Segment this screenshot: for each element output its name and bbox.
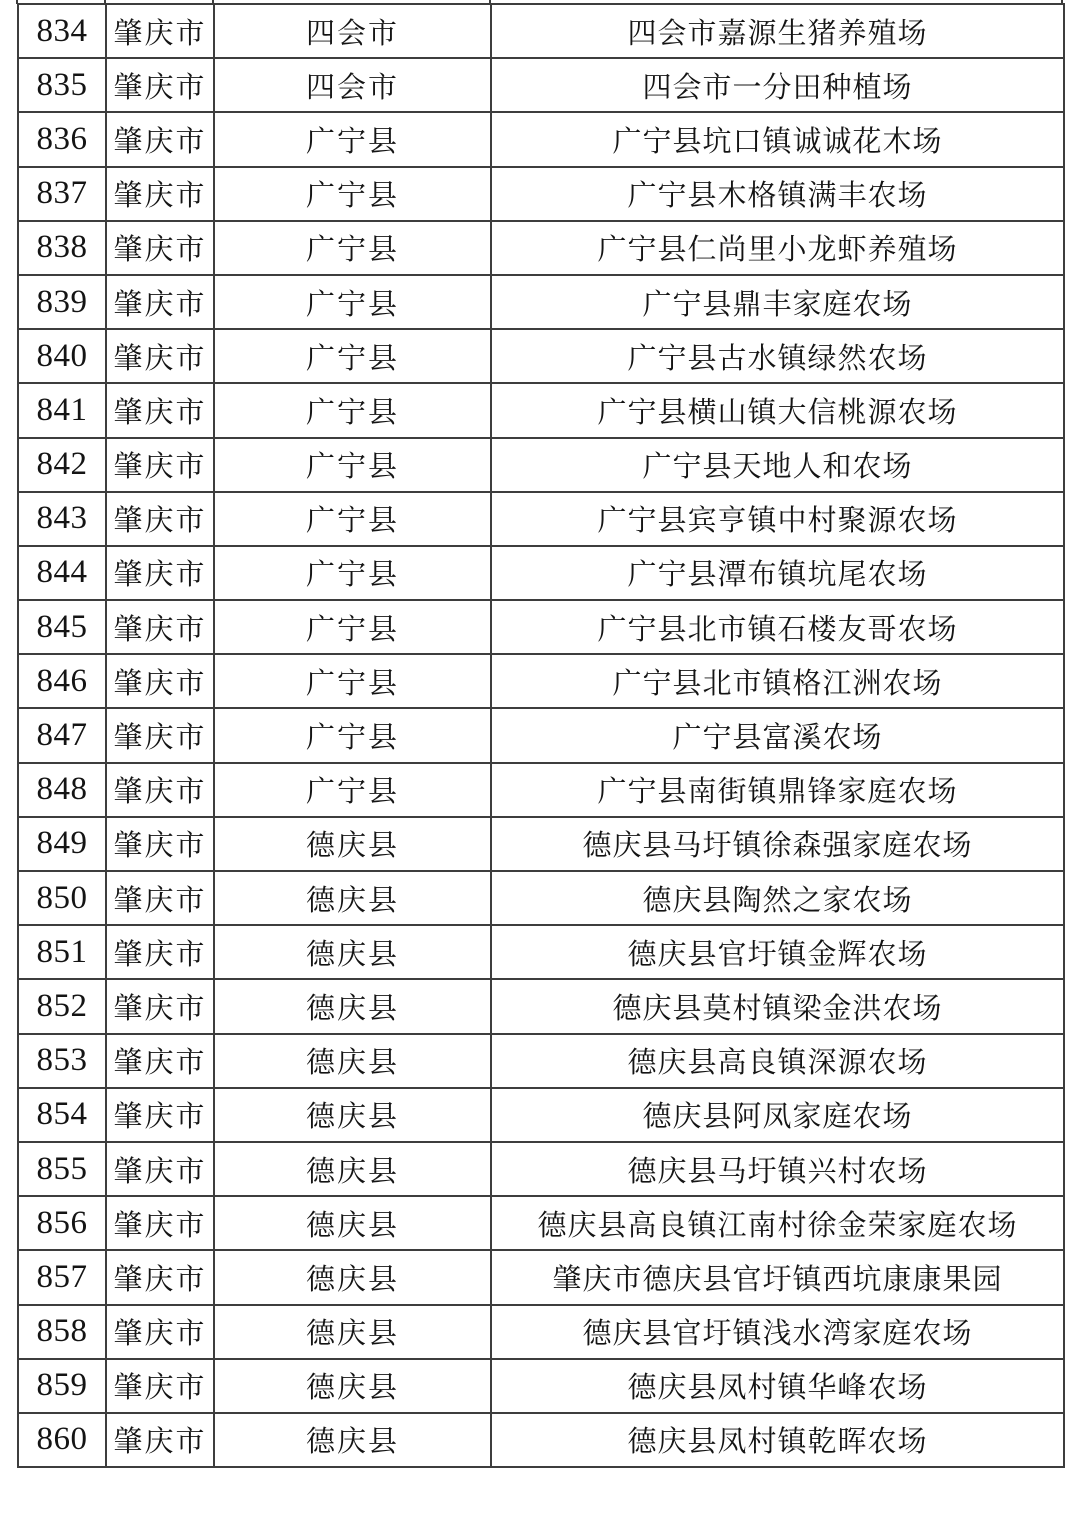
city-cell: 肇庆市 bbox=[106, 1305, 214, 1359]
city-cell: 肇庆市 bbox=[106, 221, 214, 275]
table-row: 847 肇庆市 广宁县 广宁县富溪农场 bbox=[18, 708, 1064, 762]
city-cell: 肇庆市 bbox=[106, 1250, 214, 1304]
row-number-cell: 842 bbox=[18, 438, 106, 492]
table-row: 853 肇庆市 德庆县 德庆县高良镇深源农场 bbox=[18, 1034, 1064, 1088]
row-number-cell: 834 bbox=[18, 4, 106, 58]
county-cell: 四会市 bbox=[214, 4, 491, 58]
county-cell: 广宁县 bbox=[214, 708, 491, 762]
farm-name-cell: 广宁县仁尚里小龙虾养殖场 bbox=[491, 221, 1064, 275]
city-cell: 肇庆市 bbox=[106, 275, 214, 329]
farm-name-cell: 德庆县凤村镇乾晖农场 bbox=[491, 1413, 1064, 1467]
county-cell: 广宁县 bbox=[214, 763, 491, 817]
city-cell: 肇庆市 bbox=[106, 600, 214, 654]
table-row: 849 肇庆市 德庆县 德庆县马圩镇徐森强家庭农场 bbox=[18, 817, 1064, 871]
county-cell: 广宁县 bbox=[214, 654, 491, 708]
farm-name-cell: 广宁县横山镇大信桃源农场 bbox=[491, 383, 1064, 437]
city-cell: 肇庆市 bbox=[106, 383, 214, 437]
farm-name-cell: 广宁县宾亨镇中村聚源农场 bbox=[491, 492, 1064, 546]
farm-name-cell: 德庆县阿凤家庭农场 bbox=[491, 1088, 1064, 1142]
row-number-cell: 840 bbox=[18, 329, 106, 383]
row-number-cell: 837 bbox=[18, 167, 106, 221]
table-row: 846 肇庆市 广宁县 广宁县北市镇格江洲农场 bbox=[18, 654, 1064, 708]
table-row: 854 肇庆市 德庆县 德庆县阿凤家庭农场 bbox=[18, 1088, 1064, 1142]
farm-name-cell: 德庆县马圩镇徐森强家庭农场 bbox=[491, 817, 1064, 871]
row-number-cell: 846 bbox=[18, 654, 106, 708]
city-cell: 肇庆市 bbox=[106, 1413, 214, 1467]
county-cell: 德庆县 bbox=[214, 979, 491, 1033]
city-cell: 肇庆市 bbox=[106, 1359, 214, 1413]
table-row: 858 肇庆市 德庆县 德庆县官圩镇浅水湾家庭农场 bbox=[18, 1305, 1064, 1359]
row-number-cell: 845 bbox=[18, 600, 106, 654]
county-cell: 德庆县 bbox=[214, 1359, 491, 1413]
county-cell: 广宁县 bbox=[214, 383, 491, 437]
table-row: 842 肇庆市 广宁县 广宁县天地人和农场 bbox=[18, 438, 1064, 492]
farm-name-cell: 德庆县马圩镇兴村农场 bbox=[491, 1142, 1064, 1196]
row-number-cell: 838 bbox=[18, 221, 106, 275]
row-number-cell: 855 bbox=[18, 1142, 106, 1196]
county-cell: 广宁县 bbox=[214, 112, 491, 166]
county-cell: 德庆县 bbox=[214, 1088, 491, 1142]
city-cell: 肇庆市 bbox=[106, 329, 214, 383]
row-number-cell: 860 bbox=[18, 1413, 106, 1467]
farm-name-cell: 四会市嘉源生猪养殖场 bbox=[491, 4, 1064, 58]
table-row: 855 肇庆市 德庆县 德庆县马圩镇兴村农场 bbox=[18, 1142, 1064, 1196]
row-number-cell: 843 bbox=[18, 492, 106, 546]
county-cell: 德庆县 bbox=[214, 1305, 491, 1359]
table-row: 844 肇庆市 广宁县 广宁县潭布镇坑尾农场 bbox=[18, 546, 1064, 600]
city-cell: 肇庆市 bbox=[106, 871, 214, 925]
row-number-cell: 851 bbox=[18, 925, 106, 979]
table-row: 835 肇庆市 四会市 四会市一分田种植场 bbox=[18, 58, 1064, 112]
county-cell: 德庆县 bbox=[214, 1413, 491, 1467]
table-row: 838 肇庆市 广宁县 广宁县仁尚里小龙虾养殖场 bbox=[18, 221, 1064, 275]
city-cell: 肇庆市 bbox=[106, 1196, 214, 1250]
table-row: 839 肇庆市 广宁县 广宁县鼎丰家庭农场 bbox=[18, 275, 1064, 329]
table-row: 848 肇庆市 广宁县 广宁县南街镇鼎锋家庭农场 bbox=[18, 763, 1064, 817]
city-cell: 肇庆市 bbox=[106, 1142, 214, 1196]
city-cell: 肇庆市 bbox=[106, 654, 214, 708]
county-cell: 德庆县 bbox=[214, 1142, 491, 1196]
farm-name-cell: 德庆县高良镇深源农场 bbox=[491, 1034, 1064, 1088]
farm-name-cell: 广宁县富溪农场 bbox=[491, 708, 1064, 762]
city-cell: 肇庆市 bbox=[106, 1034, 214, 1088]
row-number-cell: 850 bbox=[18, 871, 106, 925]
farm-name-cell: 广宁县鼎丰家庭农场 bbox=[491, 275, 1064, 329]
county-cell: 德庆县 bbox=[214, 817, 491, 871]
city-cell: 肇庆市 bbox=[106, 817, 214, 871]
row-number-cell: 849 bbox=[18, 817, 106, 871]
farm-table-body: 834 肇庆市 四会市 四会市嘉源生猪养殖场 835 肇庆市 四会市 四会市一分… bbox=[18, 4, 1064, 1467]
county-cell: 广宁县 bbox=[214, 221, 491, 275]
row-number-cell: 839 bbox=[18, 275, 106, 329]
row-number-cell: 858 bbox=[18, 1305, 106, 1359]
table-row: 834 肇庆市 四会市 四会市嘉源生猪养殖场 bbox=[18, 4, 1064, 58]
county-cell: 广宁县 bbox=[214, 275, 491, 329]
row-number-cell: 848 bbox=[18, 763, 106, 817]
row-number-cell: 835 bbox=[18, 58, 106, 112]
city-cell: 肇庆市 bbox=[106, 4, 214, 58]
row-number-cell: 854 bbox=[18, 1088, 106, 1142]
farm-name-cell: 德庆县官圩镇金辉农场 bbox=[491, 925, 1064, 979]
county-cell: 德庆县 bbox=[214, 1196, 491, 1250]
farm-name-cell: 广宁县天地人和农场 bbox=[491, 438, 1064, 492]
farm-name-cell: 广宁县北市镇石楼友哥农场 bbox=[491, 600, 1064, 654]
row-number-cell: 859 bbox=[18, 1359, 106, 1413]
farm-name-cell: 德庆县陶然之家农场 bbox=[491, 871, 1064, 925]
table-row: 856 肇庆市 德庆县 德庆县高良镇江南村徐金荣家庭农场 bbox=[18, 1196, 1064, 1250]
table-row: 837 肇庆市 广宁县 广宁县木格镇满丰农场 bbox=[18, 167, 1064, 221]
city-cell: 肇庆市 bbox=[106, 763, 214, 817]
row-number-cell: 841 bbox=[18, 383, 106, 437]
farm-list-table: 834 肇庆市 四会市 四会市嘉源生猪养殖场 835 肇庆市 四会市 四会市一分… bbox=[17, 3, 1065, 1468]
city-cell: 肇庆市 bbox=[106, 492, 214, 546]
city-cell: 肇庆市 bbox=[106, 708, 214, 762]
row-number-cell: 847 bbox=[18, 708, 106, 762]
table-row: 843 肇庆市 广宁县 广宁县宾亨镇中村聚源农场 bbox=[18, 492, 1064, 546]
farm-name-cell: 广宁县古水镇绿然农场 bbox=[491, 329, 1064, 383]
table-row: 836 肇庆市 广宁县 广宁县坑口镇诚诚花木场 bbox=[18, 112, 1064, 166]
city-cell: 肇庆市 bbox=[106, 546, 214, 600]
table-row: 860 肇庆市 德庆县 德庆县凤村镇乾晖农场 bbox=[18, 1413, 1064, 1467]
table-row: 840 肇庆市 广宁县 广宁县古水镇绿然农场 bbox=[18, 329, 1064, 383]
farm-name-cell: 德庆县凤村镇华峰农场 bbox=[491, 1359, 1064, 1413]
county-cell: 广宁县 bbox=[214, 492, 491, 546]
farm-name-cell: 广宁县坑口镇诚诚花木场 bbox=[491, 112, 1064, 166]
county-cell: 德庆县 bbox=[214, 925, 491, 979]
row-number-cell: 856 bbox=[18, 1196, 106, 1250]
row-number-cell: 853 bbox=[18, 1034, 106, 1088]
city-cell: 肇庆市 bbox=[106, 58, 214, 112]
county-cell: 广宁县 bbox=[214, 546, 491, 600]
table-row: 845 肇庆市 广宁县 广宁县北市镇石楼友哥农场 bbox=[18, 600, 1064, 654]
farm-name-cell: 肇庆市德庆县官圩镇西坑康康果园 bbox=[491, 1250, 1064, 1304]
farm-name-cell: 德庆县高良镇江南村徐金荣家庭农场 bbox=[491, 1196, 1064, 1250]
county-cell: 德庆县 bbox=[214, 1034, 491, 1088]
county-cell: 德庆县 bbox=[214, 871, 491, 925]
table-row: 841 肇庆市 广宁县 广宁县横山镇大信桃源农场 bbox=[18, 383, 1064, 437]
county-cell: 广宁县 bbox=[214, 167, 491, 221]
city-cell: 肇庆市 bbox=[106, 438, 214, 492]
farm-name-cell: 广宁县北市镇格江洲农场 bbox=[491, 654, 1064, 708]
row-number-cell: 836 bbox=[18, 112, 106, 166]
farm-name-cell: 德庆县莫村镇梁金洪农场 bbox=[491, 979, 1064, 1033]
county-cell: 广宁县 bbox=[214, 329, 491, 383]
city-cell: 肇庆市 bbox=[106, 979, 214, 1033]
county-cell: 德庆县 bbox=[214, 1250, 491, 1304]
table-row: 851 肇庆市 德庆县 德庆县官圩镇金辉农场 bbox=[18, 925, 1064, 979]
table-row: 859 肇庆市 德庆县 德庆县凤村镇华峰农场 bbox=[18, 1359, 1064, 1413]
table-row: 852 肇庆市 德庆县 德庆县莫村镇梁金洪农场 bbox=[18, 979, 1064, 1033]
city-cell: 肇庆市 bbox=[106, 167, 214, 221]
city-cell: 肇庆市 bbox=[106, 925, 214, 979]
table-row: 850 肇庆市 德庆县 德庆县陶然之家农场 bbox=[18, 871, 1064, 925]
farm-name-cell: 德庆县官圩镇浅水湾家庭农场 bbox=[491, 1305, 1064, 1359]
farm-name-cell: 四会市一分田种植场 bbox=[491, 58, 1064, 112]
county-cell: 广宁县 bbox=[214, 438, 491, 492]
city-cell: 肇庆市 bbox=[106, 1088, 214, 1142]
farm-name-cell: 广宁县木格镇满丰农场 bbox=[491, 167, 1064, 221]
row-number-cell: 852 bbox=[18, 979, 106, 1033]
county-cell: 广宁县 bbox=[214, 600, 491, 654]
city-cell: 肇庆市 bbox=[106, 112, 214, 166]
table-row: 857 肇庆市 德庆县 肇庆市德庆县官圩镇西坑康康果园 bbox=[18, 1250, 1064, 1304]
county-cell: 四会市 bbox=[214, 58, 491, 112]
farm-name-cell: 广宁县南街镇鼎锋家庭农场 bbox=[491, 763, 1064, 817]
document-page: 834 肇庆市 四会市 四会市嘉源生猪养殖场 835 肇庆市 四会市 四会市一分… bbox=[0, 0, 1080, 1527]
row-number-cell: 844 bbox=[18, 546, 106, 600]
row-number-cell: 857 bbox=[18, 1250, 106, 1304]
farm-name-cell: 广宁县潭布镇坑尾农场 bbox=[491, 546, 1064, 600]
